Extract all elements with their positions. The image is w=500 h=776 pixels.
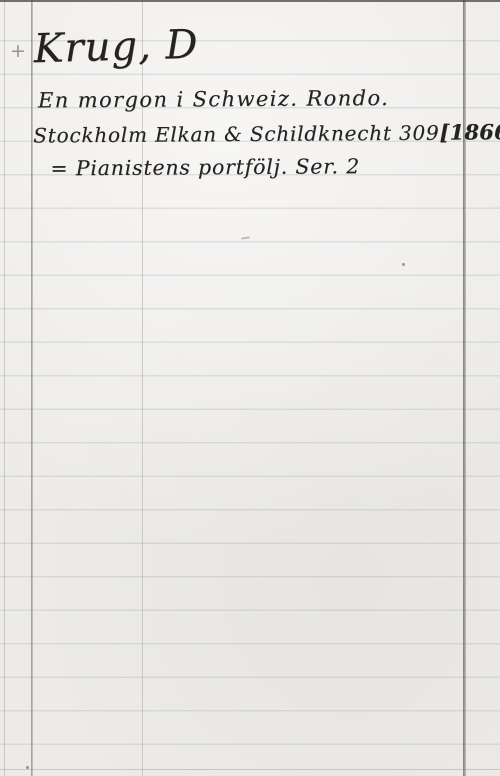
imprint-year: [1866] (439, 119, 500, 145)
paper-speck (26, 766, 29, 769)
catalog-card-scan: + Krug, D En morgon i Schweiz. Rondo. St… (0, 0, 500, 776)
paper-speck (402, 263, 405, 266)
handwritten-content: Krug, D En morgon i Schweiz. Rondo. Stoc… (0, 0, 500, 776)
series-line: = Pianistens portfölj. Ser. 2 (50, 156, 360, 179)
imprint-text: Stockholm Elkan & Schildknecht 309 (33, 121, 439, 148)
title-line: En morgon i Schweiz. Rondo. (38, 88, 389, 111)
imprint-line: Stockholm Elkan & Schildknecht 309[1866] (33, 121, 500, 145)
author-heading: Krug, D (33, 25, 199, 70)
